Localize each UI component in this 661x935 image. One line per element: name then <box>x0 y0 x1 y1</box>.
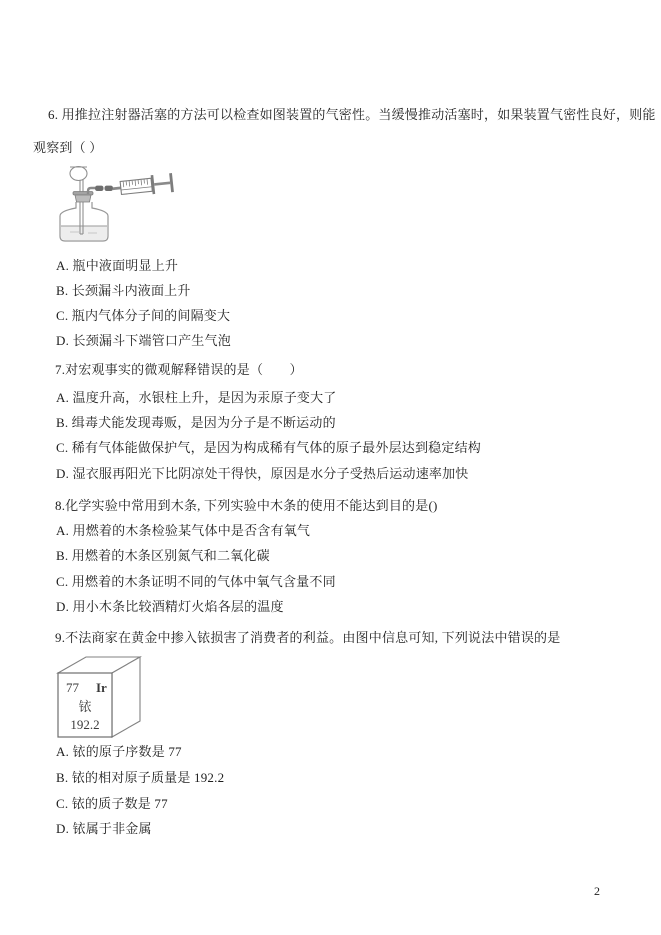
question-6-option-a: A. 瓶中液面明显上升 <box>56 257 178 274</box>
question-6-option-c: C. 瓶内气体分子间的间隔变大 <box>56 307 230 324</box>
flask-liquid <box>61 226 107 240</box>
question-8-option-a: A. 用燃着的木条检验某气体中是否含有氧气 <box>56 522 310 539</box>
question-8-option-d: D. 用小木条比较酒精灯火焰各层的温度 <box>56 598 284 615</box>
question-9-option-d: D. 铱属于非金属 <box>56 820 152 837</box>
question-8-text: 8.化学实验中常用到木条, 下列实验中木条的使用不能达到目的是() <box>55 497 438 514</box>
document-page: 6. 用推拉注射器活塞的方法可以检查如图装置的气密性。当缓慢推动活塞时，如果装置… <box>0 0 661 935</box>
question-7-option-b: B. 缉毒犬能发现毒贩，是因为分子是不断运动的 <box>56 414 336 431</box>
question-7-option-a: A. 温度升高，水银柱上升，是因为汞原子变大了 <box>56 389 337 406</box>
question-9-text: 9.不法商家在黄金中掺入铱损害了消费者的利益。由图中信息可知, 下列说法中错误的… <box>55 629 560 646</box>
question-9-option-c: C. 铱的质子数是 77 <box>56 795 168 812</box>
rubber-tubing <box>95 186 113 191</box>
gas-tightness-apparatus-figure <box>55 163 177 247</box>
question-6-option-b: B. 长颈漏斗内液面上升 <box>56 282 191 299</box>
question-9-option-b: B. 铱的相对原子质量是 192.2 <box>56 769 224 786</box>
page-number: 2 <box>594 884 600 899</box>
question-7-text: 7.对宏观事实的微观解释错误的是（ ） <box>55 361 303 378</box>
question-6-option-d: D. 长颈漏斗下端管口产生气泡 <box>56 332 231 349</box>
question-6-text-line2: 观察到（ ） <box>33 139 102 156</box>
element-atomic-number: 77 <box>66 680 80 695</box>
syringe <box>112 173 174 198</box>
rubber-stopper <box>73 192 93 203</box>
question-7-option-d: D. 湿衣服再阳光下比阴凉处干得快，原因是水分子受热后运动速率加快 <box>56 465 469 482</box>
element-name-cn: 铱 <box>78 699 91 714</box>
question-9-option-a: A. 铱的原子序数是 77 <box>56 743 182 760</box>
element-symbol: Ir <box>96 680 107 695</box>
element-cube-figure: 77 Ir 铱 192.2 <box>55 652 147 744</box>
element-atomic-mass: 192.2 <box>70 717 99 732</box>
question-6-text-line1: 6. 用推拉注射器活塞的方法可以检查如图装置的气密性。当缓慢推动活塞时，如果装置… <box>48 106 656 123</box>
question-8-option-c: C. 用燃着的木条证明不同的气体中氧气含量不同 <box>56 573 336 590</box>
question-7-option-c: C. 稀有气体能做保护气，是因为构成稀有气体的原子最外层达到稳定结构 <box>56 439 481 456</box>
question-8-option-b: B. 用燃着的木条区别氮气和二氧化碳 <box>56 547 270 564</box>
